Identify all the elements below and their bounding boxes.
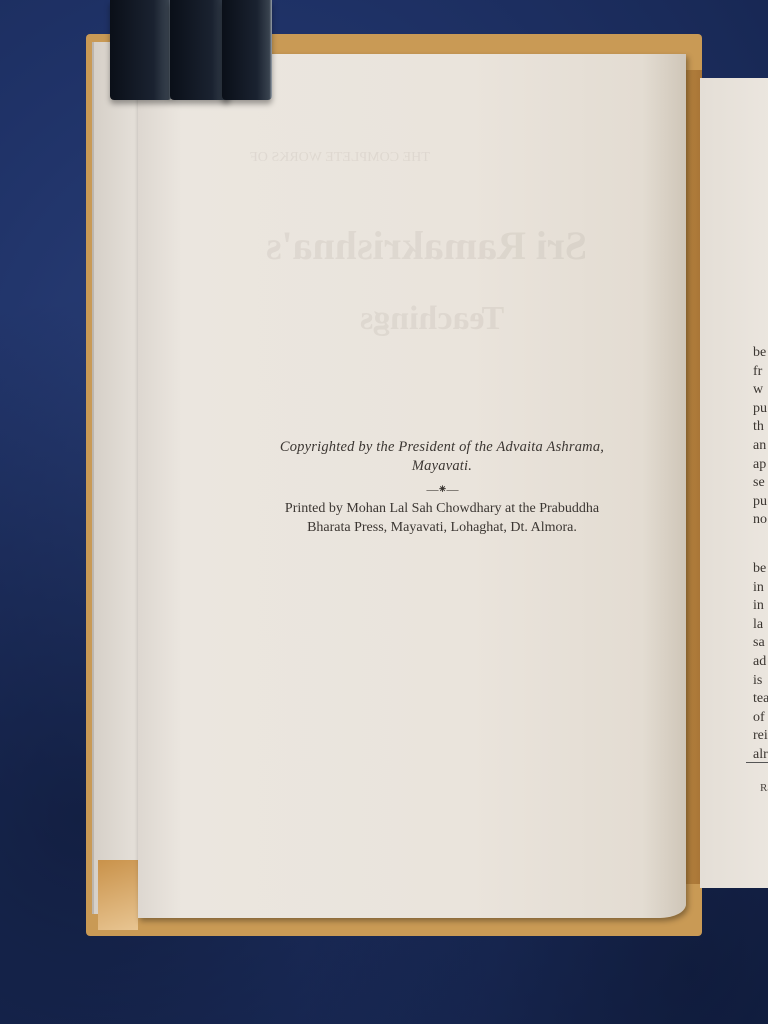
printer-line: Printed by Mohan Lal Sah Chowdhary at th… bbox=[240, 499, 644, 518]
text-fragment: in bbox=[753, 597, 768, 616]
text-fragment: be bbox=[753, 344, 768, 363]
text-fragment: la bbox=[753, 616, 768, 635]
copyright-line: Copyrighted by the President of the Adva… bbox=[240, 438, 644, 457]
paragraph-gap bbox=[753, 530, 768, 560]
clip bbox=[110, 0, 172, 100]
clip bbox=[222, 0, 272, 100]
printer-address: Bharata Press, Mayavati, Lohaghat, Dt. A… bbox=[240, 518, 644, 537]
footnote-fragment: Ra bbox=[760, 782, 768, 794]
text-fragment: be bbox=[753, 560, 768, 579]
text-fragment: rei bbox=[753, 727, 768, 746]
text-fragment: in bbox=[753, 579, 768, 598]
text-fragment: ap bbox=[753, 456, 768, 475]
text-fragment: of bbox=[753, 709, 768, 728]
imprint-block: Copyrighted by the President of the Adva… bbox=[240, 438, 644, 537]
text-fragment: w bbox=[753, 381, 768, 400]
text-fragment: th bbox=[753, 418, 768, 437]
right-page-text: be fr w pu th an ap se pu no be in in la… bbox=[753, 344, 768, 764]
ornament-divider: —⁕— bbox=[240, 482, 644, 497]
clip bbox=[170, 0, 230, 100]
worn-cover-corner bbox=[98, 860, 138, 930]
bleed-through-title: Sri Ramakrishna's bbox=[266, 222, 587, 269]
footnote-rule bbox=[746, 762, 768, 763]
bleed-through-text: THE COMPLETE WORKS OF bbox=[250, 150, 430, 166]
text-fragment: ad bbox=[753, 653, 768, 672]
text-fragment: no bbox=[753, 511, 768, 530]
page-clips bbox=[96, 0, 276, 104]
text-fragment: an bbox=[753, 437, 768, 456]
text-fragment: pu bbox=[753, 400, 768, 419]
text-fragment: pu bbox=[753, 493, 768, 512]
text-fragment: tea bbox=[753, 690, 768, 709]
text-fragment: is bbox=[753, 672, 768, 691]
text-fragment: se bbox=[753, 474, 768, 493]
copyright-place: Mayavati. bbox=[240, 457, 644, 476]
text-fragment: sa bbox=[753, 634, 768, 653]
text-fragment: fr bbox=[753, 363, 768, 382]
bleed-through-title: Teachings bbox=[360, 300, 504, 338]
